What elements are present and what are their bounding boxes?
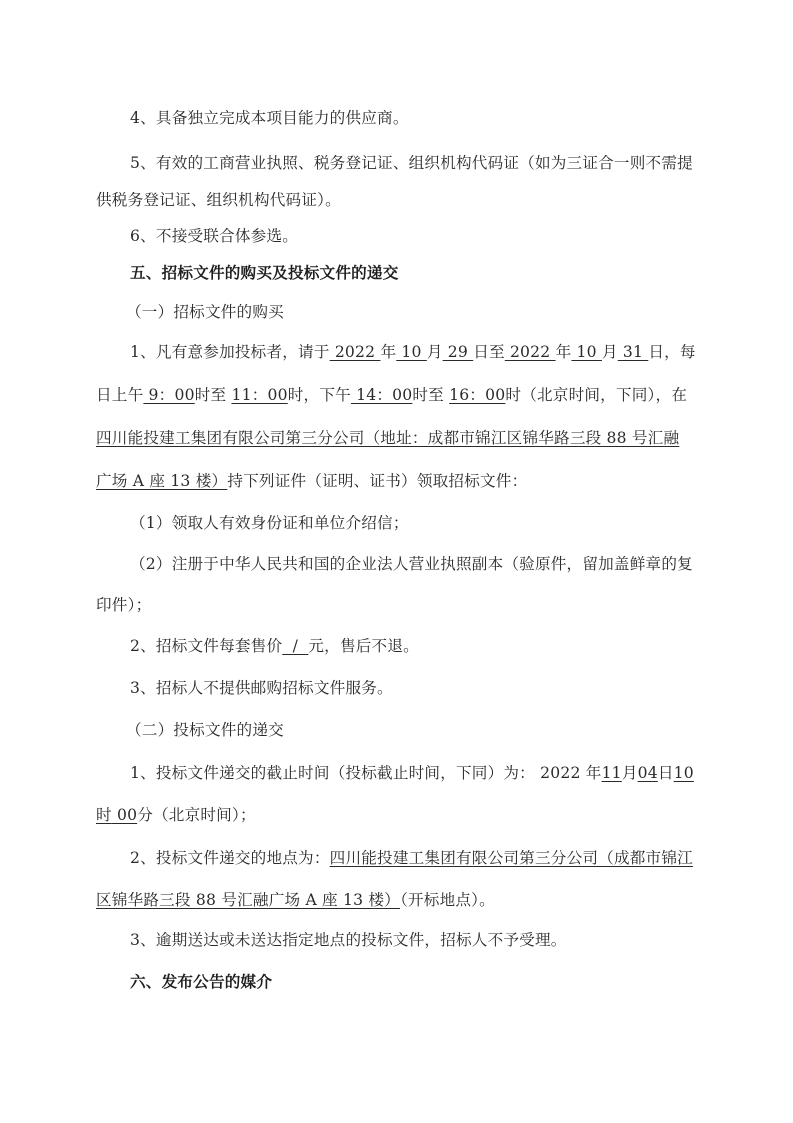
text: 日上午 [96, 386, 143, 404]
text: 日至 [473, 343, 505, 361]
text: 时至 [195, 386, 232, 404]
item-4: 4、具备独立完成本项目能力的供应商。 [130, 107, 698, 129]
submission-location: 四川能投建工集团有限公司第三分公司（成都市锦江 [330, 849, 693, 867]
text: 元，售后不退。 [308, 637, 419, 655]
text: 年 [380, 343, 396, 361]
text: 年 [556, 343, 572, 361]
text: 时（北京时间，下同），在 [505, 386, 687, 404]
document-page: 4、具备独立完成本项目能力的供应商。 5、有效的工商营业执照、税务登记证、组织机… [0, 0, 793, 1123]
text: 日，每 [648, 343, 695, 361]
deadline-hour: 10 [674, 764, 694, 782]
text: 月 [602, 343, 618, 361]
item-6: 6、不接受联合体参选。 [130, 225, 698, 247]
submission-subheading: （二）投标文件的递交 [126, 719, 728, 741]
section-5-heading: 五、招标文件的购买及投标文件的递交 [130, 262, 698, 284]
text: 月 [427, 343, 443, 361]
purchase-p1-line-3: 四川能投建工集团有限公司第三分公司（地址：成都市锦江区锦华路三段 88 号汇融 [96, 427, 698, 449]
start-day: 29 [443, 343, 474, 361]
am-start-time: 9：00 [143, 386, 194, 404]
submission-p2-line-2: 区锦华路三段 88 号汇融广场 A 座 13 楼）（开标地点）。 [96, 889, 698, 911]
purchase-p1-line-2: 日上午 9：00时至 11：00时，下午 14：00时至 16：00时（北京时间… [96, 384, 698, 406]
deadline-day: 04 [638, 764, 658, 782]
text: 时，下午 [288, 386, 351, 404]
text: 日 [658, 764, 674, 782]
text: 1、凡有意参加投标者，请于 [130, 343, 330, 361]
purchase-address-cont: 广场 A 座 13 楼） [96, 472, 227, 490]
submission-location-cont: 区锦华路三段 88 号汇融广场 A 座 13 楼） [96, 891, 400, 909]
submission-p1-line-1: 1、投标文件递交的截止时间（投标截止时间，下同）为： 2022 年11月04日1… [130, 762, 698, 784]
requirement-2-line-1: （2）注册于中华人民共和国的企业法人营业执照副本（验原件，留加盖鲜章的复 [130, 553, 732, 575]
text: （开标地点）。 [400, 891, 495, 909]
text: 2、投标文件递交的地点为： [130, 849, 330, 867]
text: 2、招标文件每套售价 [130, 637, 282, 655]
section-6-heading: 六、发布公告的媒介 [130, 971, 698, 993]
end-day: 31 [618, 343, 649, 361]
start-year: 2022 [330, 343, 381, 361]
deadline-minute: 00 [112, 806, 137, 824]
submission-p3: 3、逾期送达或未送达指定地点的投标文件，招标人不予受理。 [130, 929, 698, 951]
purchase-p2: 2、招标文件每套售价 / 元，售后不退。 [130, 635, 698, 657]
end-year: 2022 [505, 343, 556, 361]
text: 分（北京时间）； [137, 806, 256, 824]
text: 时至 [412, 386, 449, 404]
requirement-2-line-2: 印件）； [96, 594, 698, 616]
text: 持下列证件（证明、证书）领取招标文件： [227, 472, 527, 490]
deadline-month: 11 [602, 764, 622, 782]
pm-start-time: 14：00 [351, 386, 412, 404]
price: / [282, 637, 308, 655]
submission-p1-line-2: 时 00分（北京时间）； [96, 804, 698, 826]
item-5-line-1: 5、有效的工商营业执照、税务登记证、组织机构代码证（如为三证合一则不需提 [130, 152, 698, 174]
item-5-line-2: 供税务登记证、组织机构代码证）。 [96, 189, 698, 211]
purchase-address: 四川能投建工集团有限公司第三分公司（地址：成都市锦江区锦华路三段 88 号汇融 [96, 429, 679, 447]
am-end-time: 11：00 [231, 386, 287, 404]
end-month: 10 [571, 343, 602, 361]
text: 1、投标文件递交的截止时间（投标截止时间，下同）为： 2022 年 [130, 764, 602, 782]
purchase-subheading: （一）招标文件的购买 [126, 301, 728, 323]
purchase-p1-line-4: 广场 A 座 13 楼）持下列证件（证明、证书）领取招标文件： [96, 470, 698, 492]
requirement-1: （1）领取人有效身份证和单位介绍信； [130, 512, 732, 534]
pm-end-time: 16：00 [449, 386, 505, 404]
purchase-p3: 3、招标人不提供邮购招标文件服务。 [130, 677, 698, 699]
start-month: 10 [396, 343, 427, 361]
purchase-p1-line-1: 1、凡有意参加投标者，请于 2022 年 10 月 29 日至 2022 年 1… [130, 341, 698, 363]
text: 月 [622, 764, 638, 782]
deadline-hour-label: 时 [96, 806, 112, 824]
submission-p2-line-1: 2、投标文件递交的地点为：四川能投建工集团有限公司第三分公司（成都市锦江 [130, 847, 698, 869]
